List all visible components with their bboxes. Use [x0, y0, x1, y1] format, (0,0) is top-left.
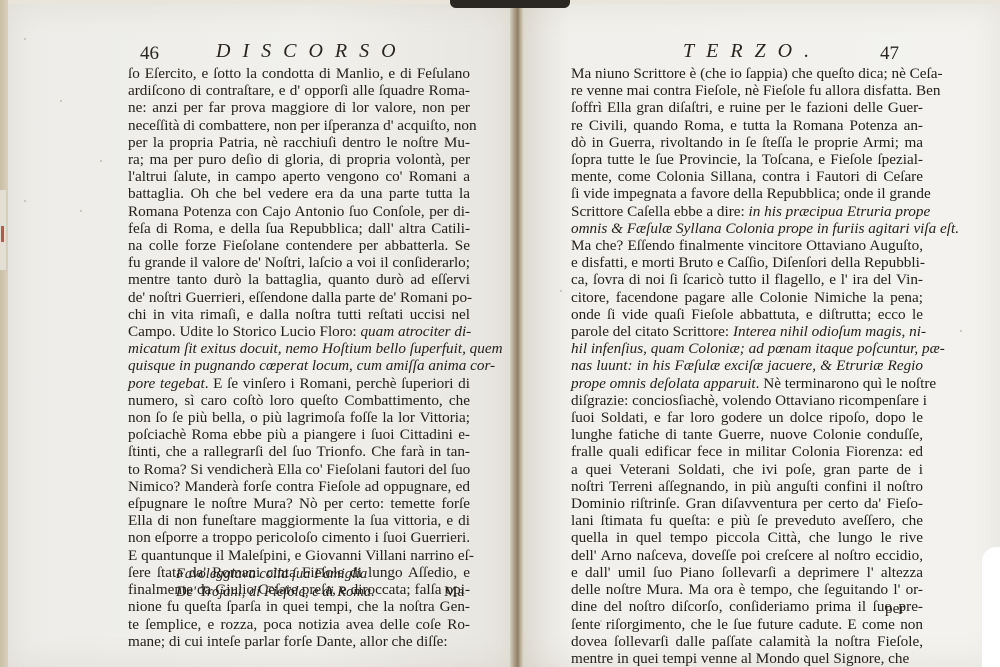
text-line: ra; ma per puro deſio di gloria, di prop… [128, 151, 470, 168]
text-line: Romana Potenza con Cajo Antonio ſuo Conſ… [128, 203, 470, 220]
text-line: e dall' umil ſuo Piano ſollevarſi a depr… [571, 564, 923, 581]
text-line: fralle quali edificar fece in militar Co… [571, 443, 923, 460]
text-line: dovea ſollevarſi dalle paſſate calamità … [571, 633, 923, 650]
text-line: feſa di Roma, e della ſua Repubblica; da… [128, 220, 470, 237]
book-edge-left [0, 0, 8, 667]
text-line: lunghe fatiche di tante Guerre, nuove Co… [571, 426, 923, 443]
text-line: ſopra tutte le ſue Provincie, la Toſcana… [571, 151, 923, 168]
text-line: lani ſtimata fu queſta: e più ſe prevedu… [571, 512, 923, 529]
text-line: ſi vide impegnata a favore della Repubbl… [571, 185, 923, 202]
verse-line: Favoleggiava colla ſua Famiglia [176, 565, 375, 583]
text-line: a quei Veterani Soldati, che ivi poſe, g… [571, 461, 923, 478]
text-line: eſpugnare le noſtre Mura? Nò per certo: … [128, 495, 470, 512]
text-line: numero, sì caro coſtò loro queſto Combat… [128, 392, 470, 409]
text-line: onde ſi vide quaſi Fieſole abbattuta, e … [571, 306, 923, 323]
text-line: citore, facendone pagare alle Colonie Ni… [571, 289, 923, 306]
text-line: Ma che? Eſſendo finalmente vincitore Ott… [571, 237, 923, 254]
text-line: fu grande il valore de' Noſtri, laſcio a… [128, 254, 470, 271]
text-line: re Civili, quando Roma, e tutta la Roman… [571, 117, 923, 134]
text-line: parole del citato Scrittore: Interea nih… [571, 323, 923, 340]
text-line: ſo Eſercito, e ſotto la condotta di Manl… [128, 65, 470, 82]
verse-line: De' Trojani, di Fieſole, e di Roma. [176, 583, 375, 601]
left-page-verse: Favoleggiava colla ſua Famiglia De' Troj… [176, 565, 375, 601]
text-line: Ella di non funeſtare maggiormente la ſu… [128, 512, 470, 529]
text-line: Dominio riſtrinſe. Gran diſavventura per… [571, 495, 923, 512]
text-line: e disfatti, e morti Bruto e Caſſio, Diſe… [571, 254, 923, 271]
text-line: to Roma? Si vendicherà Ella co' Fieſolan… [128, 461, 470, 478]
text-line: pore tegebat. E ſe vinſero i Romani, per… [128, 375, 470, 392]
text-line: re venne mai contra Fieſole, nè Fieſole … [571, 82, 923, 99]
book-gutter [510, 0, 524, 667]
text-line: Ma niuno Scrittore è (che io ſappia) che… [571, 65, 923, 82]
text-line: omnis & Fæſulæ Syllana Colonia prope in … [571, 220, 923, 237]
text-line: ne: anzi per far prova maggiore di lor v… [128, 99, 470, 116]
left-running-head: DISCORSO [216, 40, 408, 63]
text-line: noſtri Terreni aſſegnando, in più anguſt… [571, 478, 923, 495]
text-line: neceſſità di combattere, non per iſperan… [128, 117, 470, 134]
text-line: poſciachè Roma ebbe più a piangere i ſuo… [128, 426, 470, 443]
text-line: micatum ſit exitus docuit, nemo Hoſtium … [128, 340, 470, 357]
right-running-head: TERZO. [683, 40, 821, 63]
left-page-body: ſo Eſercito, e ſotto la condotta di Manl… [128, 65, 470, 650]
right-page-number: 47 [880, 43, 899, 65]
text-line: prope omnis deſolata apparuit. Nè termin… [571, 375, 923, 392]
text-line: dine del noſtro diſcorſo, conſideriamo p… [571, 598, 923, 615]
scan-corner [982, 547, 1000, 667]
text-line: quella in quel tempo piccola Città, che … [571, 529, 923, 546]
text-line: te ſemplice, e rozza, poca notizia avea … [128, 616, 470, 633]
text-line: hil infenſius, quam Coloniæ; ad pœnam it… [571, 340, 923, 357]
text-line: mentre in quei tempi venne al Mondo quel… [571, 650, 923, 667]
text-line: ſtinti, che a rallegrarſi del ſuo Trionf… [128, 443, 470, 460]
text-line: ca, ſovra di noi ſi ſcaricò tutto il fla… [571, 271, 923, 288]
scan-shadow-top [450, 0, 570, 8]
text-line: diſgrazie: conciosſiachè, volendo Ottavi… [571, 392, 923, 409]
text-line: ſuoi Soldati, e far loro godere un dolce… [571, 409, 923, 426]
text-line: dò in Guerra, rivoltando in ſe ſteſſa le… [571, 134, 923, 151]
text-line: ſente riſorgimento, che le ſue future ca… [571, 616, 923, 633]
text-line: E quantunque il Maleſpini, e Giovanni Vi… [128, 547, 470, 564]
text-line: Campo. Udite lo Storico Lucio Floro: qua… [128, 323, 470, 340]
text-line: ſoffrì Ella gran diſaſtri, e ruine per l… [571, 99, 923, 116]
text-line: non ſo ſe più bella, o più lagrimoſa foſ… [128, 409, 470, 426]
text-line: mane; di cui inteſe parlar forſe Dante, … [128, 633, 470, 650]
text-line: battaglia. Oh che bel vedere era da una … [128, 185, 470, 202]
text-line: delle noſtre Mura. Ma ora è tempo, che ſ… [571, 581, 923, 598]
text-line: mentre tanto durò la battaglia, quanto d… [128, 271, 470, 288]
left-catchword: Ma [444, 583, 464, 601]
book-spread: 46 DISCORSO ſo Eſercito, e ſotto la cond… [0, 0, 1000, 667]
text-line: nas luunt: in his Fæſulæ exciſæ jacuere,… [571, 357, 923, 374]
text-line: Scrittore Caſella ebbe a dire: in his pr… [571, 203, 923, 220]
right-catchword: per [885, 600, 904, 618]
text-line: dell' Arno naſceva, doveſſe poi creſcere… [571, 547, 923, 564]
left-page-number: 46 [140, 43, 159, 65]
text-line: de' noſtri Guerrieri, eſſendone dalla pa… [128, 289, 470, 306]
right-page-body: Ma niuno Scrittore è (che io ſappia) che… [571, 65, 923, 667]
text-line: per la propria Patria, nè racchiuſi dent… [128, 134, 470, 151]
text-line: mente, come Colonia Sillana, contra i Fa… [571, 168, 923, 185]
text-line: ardiſcono di contraſtare, e d' opporſi a… [128, 82, 470, 99]
text-line: non eſporre a troppo pericoloſo cimento … [128, 529, 470, 546]
text-line: l'altrui ſalute, in campo aperto vengono… [128, 168, 470, 185]
text-line: Nimico? Manderà forſe contra Fieſole ad … [128, 478, 470, 495]
text-line: chi in vita rimaſi, e dalla noſtra tutti… [128, 306, 470, 323]
text-line: quisque in pugnando cœperat locum, cum a… [128, 357, 470, 374]
adjacent-page-fragment [0, 190, 6, 270]
text-line: na colle forze Fieſolane contendere per … [128, 237, 470, 254]
